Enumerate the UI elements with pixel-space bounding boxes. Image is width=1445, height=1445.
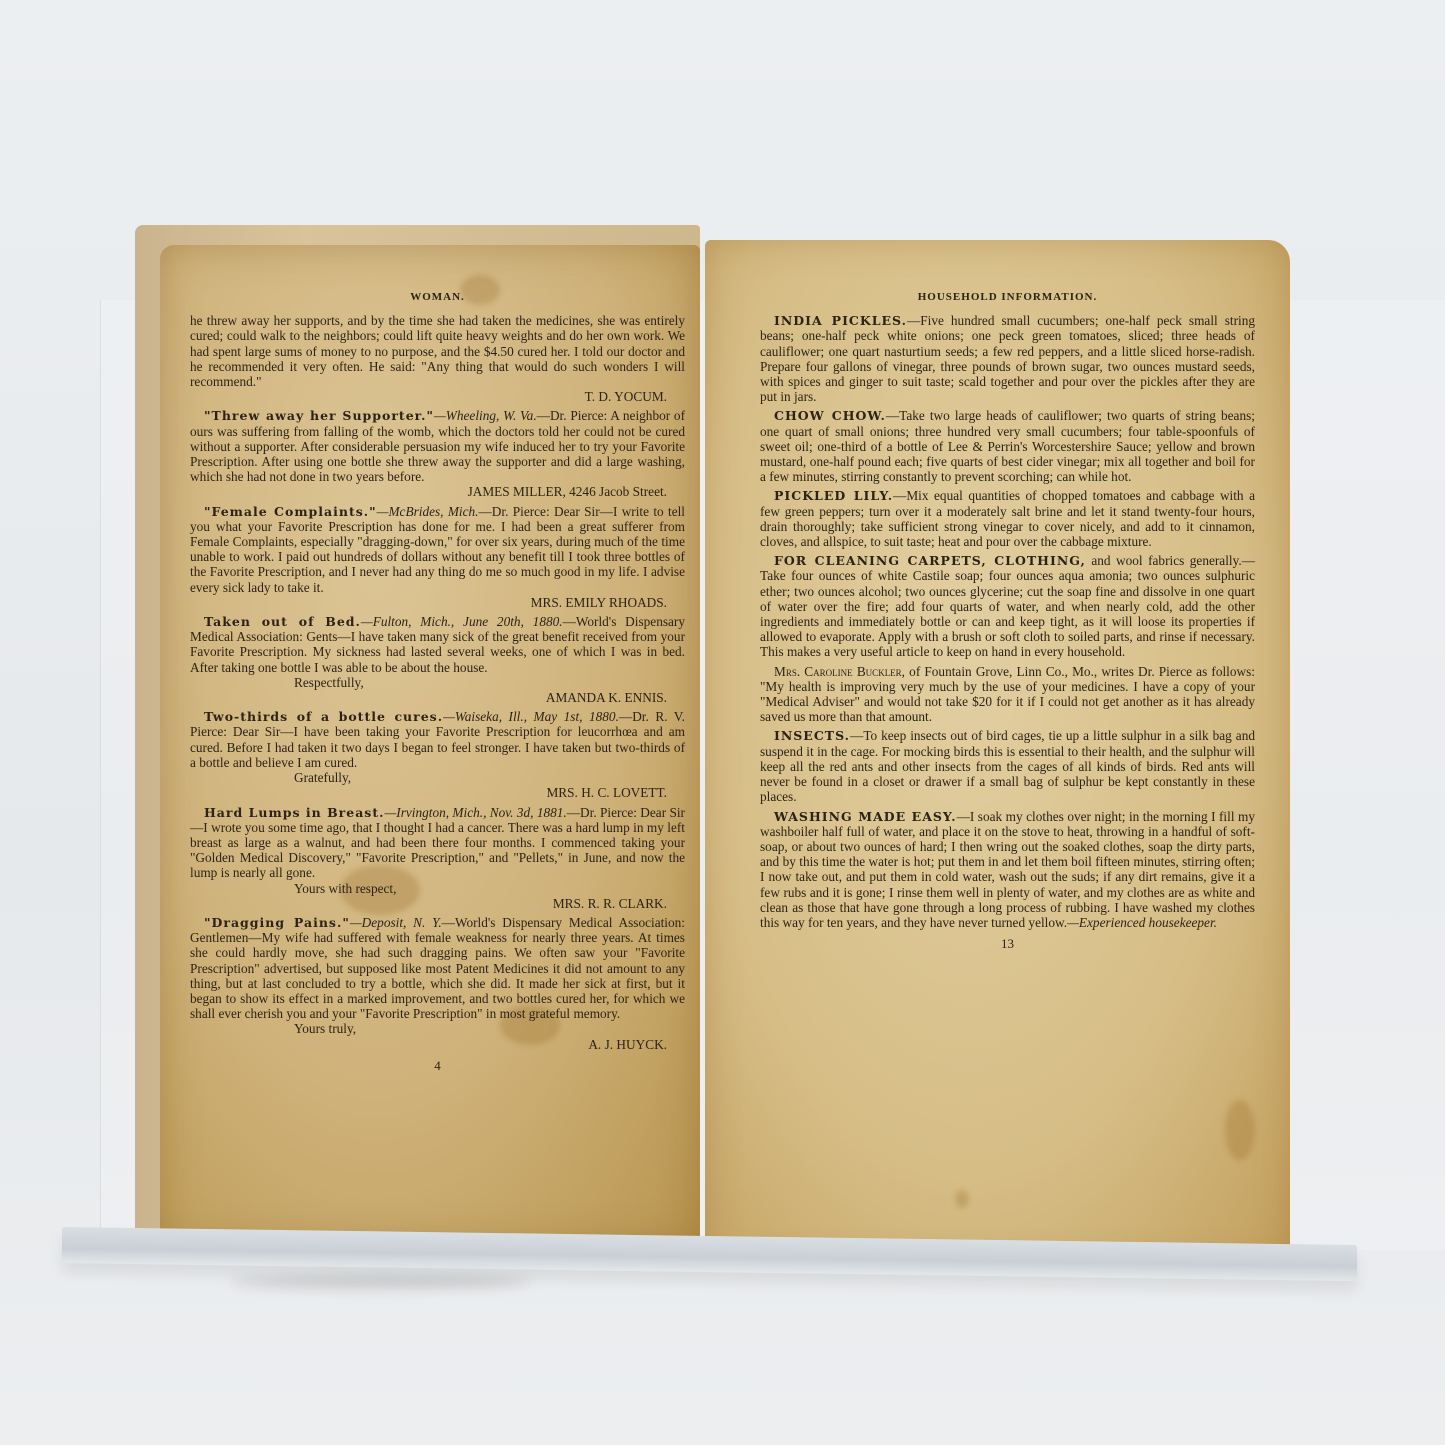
signature: AMANDA K. ENNIS.: [190, 690, 685, 705]
entry-place: —Wheeling, W. Va.: [434, 408, 537, 423]
signature: MRS. EMILY RHOADS.: [190, 595, 685, 610]
entry: "Female Complaints."—McBrides, Mich.—Dr.…: [190, 504, 685, 610]
stain: [1225, 1100, 1255, 1160]
signature: MRS. R. R. CLARK.: [190, 896, 685, 911]
entry-title: "Female Complaints.": [204, 504, 377, 519]
entry-title: "Dragging Pains.": [204, 915, 350, 930]
entry-attribution: —Experienced housekeeper.: [1067, 915, 1217, 930]
page-number: 4: [190, 1058, 685, 1073]
entry: "Dragging Pains."—Deposit, N. Y.—World's…: [190, 915, 685, 1052]
entry: "Threw away her Supporter."—Wheeling, W.…: [190, 408, 685, 499]
paragraph: he threw away her supports, and by the t…: [190, 313, 685, 404]
entry-title: FOR CLEANING CARPETS, CLOTHING,: [774, 553, 1086, 568]
page-number: 13: [760, 936, 1255, 951]
entry: CHOW CHOW.—Take two large heads of cauli…: [760, 408, 1255, 484]
entry-title: CHOW CHOW.: [774, 408, 886, 423]
entry-title: Two-thirds of a bottle cures.: [204, 709, 443, 724]
entry-title: Mrs. Caroline Buckler,: [774, 664, 905, 679]
entry-title: "Threw away her Supporter.": [204, 408, 434, 423]
closing: Respectfully,: [190, 675, 685, 690]
entry-body: —World's Dispensary Medical Association:…: [190, 915, 685, 1021]
signature: JAMES MILLER, 4246 Jacob Street.: [190, 484, 685, 499]
entry-body: and wool fabrics generally.—Take four ou…: [760, 553, 1255, 659]
entry: Two-thirds of a bottle cures.—Waiseka, I…: [190, 709, 685, 800]
entry: Hard Lumps in Breast.—Irvington, Mich., …: [190, 805, 685, 911]
entry-place: —Waiseka, Ill., May 1st, 1880.: [443, 709, 619, 724]
entry: FOR CLEANING CARPETS, CLOTHING, and wool…: [760, 553, 1255, 659]
entry-place: —Irvington, Mich., Nov. 3d, 1881.: [384, 805, 566, 820]
entry: WASHING MADE EASY.—I soak my clothes ove…: [760, 809, 1255, 931]
closing: Yours truly,: [190, 1021, 685, 1036]
entry-title: INSECTS.: [774, 728, 850, 743]
entry: Taken out of Bed.—Fulton, Mich., June 20…: [190, 614, 685, 705]
entry-title: Taken out of Bed.: [204, 614, 361, 629]
entry: PICKLED LILY.—Mix equal quantities of ch…: [760, 488, 1255, 549]
entry: Mrs. Caroline Buckler, of Fountain Grove…: [760, 664, 1255, 725]
entry: INSECTS.—To keep insects out of bird cag…: [760, 728, 1255, 804]
stain: [955, 1190, 969, 1208]
entry: INDIA PICKLES.—Five hundred small cucumb…: [760, 313, 1255, 404]
signature: MRS. H. C. LOVETT.: [190, 785, 685, 800]
left-page-text: WOMAN. he threw away her supports, and b…: [190, 290, 685, 1073]
closing: Yours with respect,: [190, 881, 685, 896]
right-page: HOUSEHOLD INFORMATION. INDIA PICKLES.—Fi…: [705, 240, 1290, 1265]
entry-title: Hard Lumps in Breast.: [204, 805, 384, 820]
closing: Gratefully,: [190, 770, 685, 785]
stand-shadow: [230, 1275, 530, 1289]
entry-body: —I soak my clothes over night; in the mo…: [760, 809, 1255, 930]
signature: T. D. YOCUM.: [190, 389, 685, 404]
right-page-text: HOUSEHOLD INFORMATION. INDIA PICKLES.—Fi…: [760, 290, 1255, 951]
signature: A. J. HUYCK.: [190, 1037, 685, 1052]
running-head: HOUSEHOLD INFORMATION.: [760, 290, 1255, 305]
body-text: he threw away her supports, and by the t…: [190, 313, 685, 389]
entry-place: —McBrides, Mich.: [377, 504, 479, 519]
entry-place: —Deposit, N. Y.: [350, 915, 442, 930]
entry-title: INDIA PICKLES.: [774, 313, 907, 328]
entry-title: PICKLED LILY.: [774, 488, 893, 503]
entry-place: —Fulton, Mich., June 20th, 1880.: [361, 614, 563, 629]
running-head: WOMAN.: [190, 290, 685, 305]
entry-title: WASHING MADE EASY.: [774, 809, 957, 824]
left-page: WOMAN. he threw away her supports, and b…: [160, 245, 700, 1245]
